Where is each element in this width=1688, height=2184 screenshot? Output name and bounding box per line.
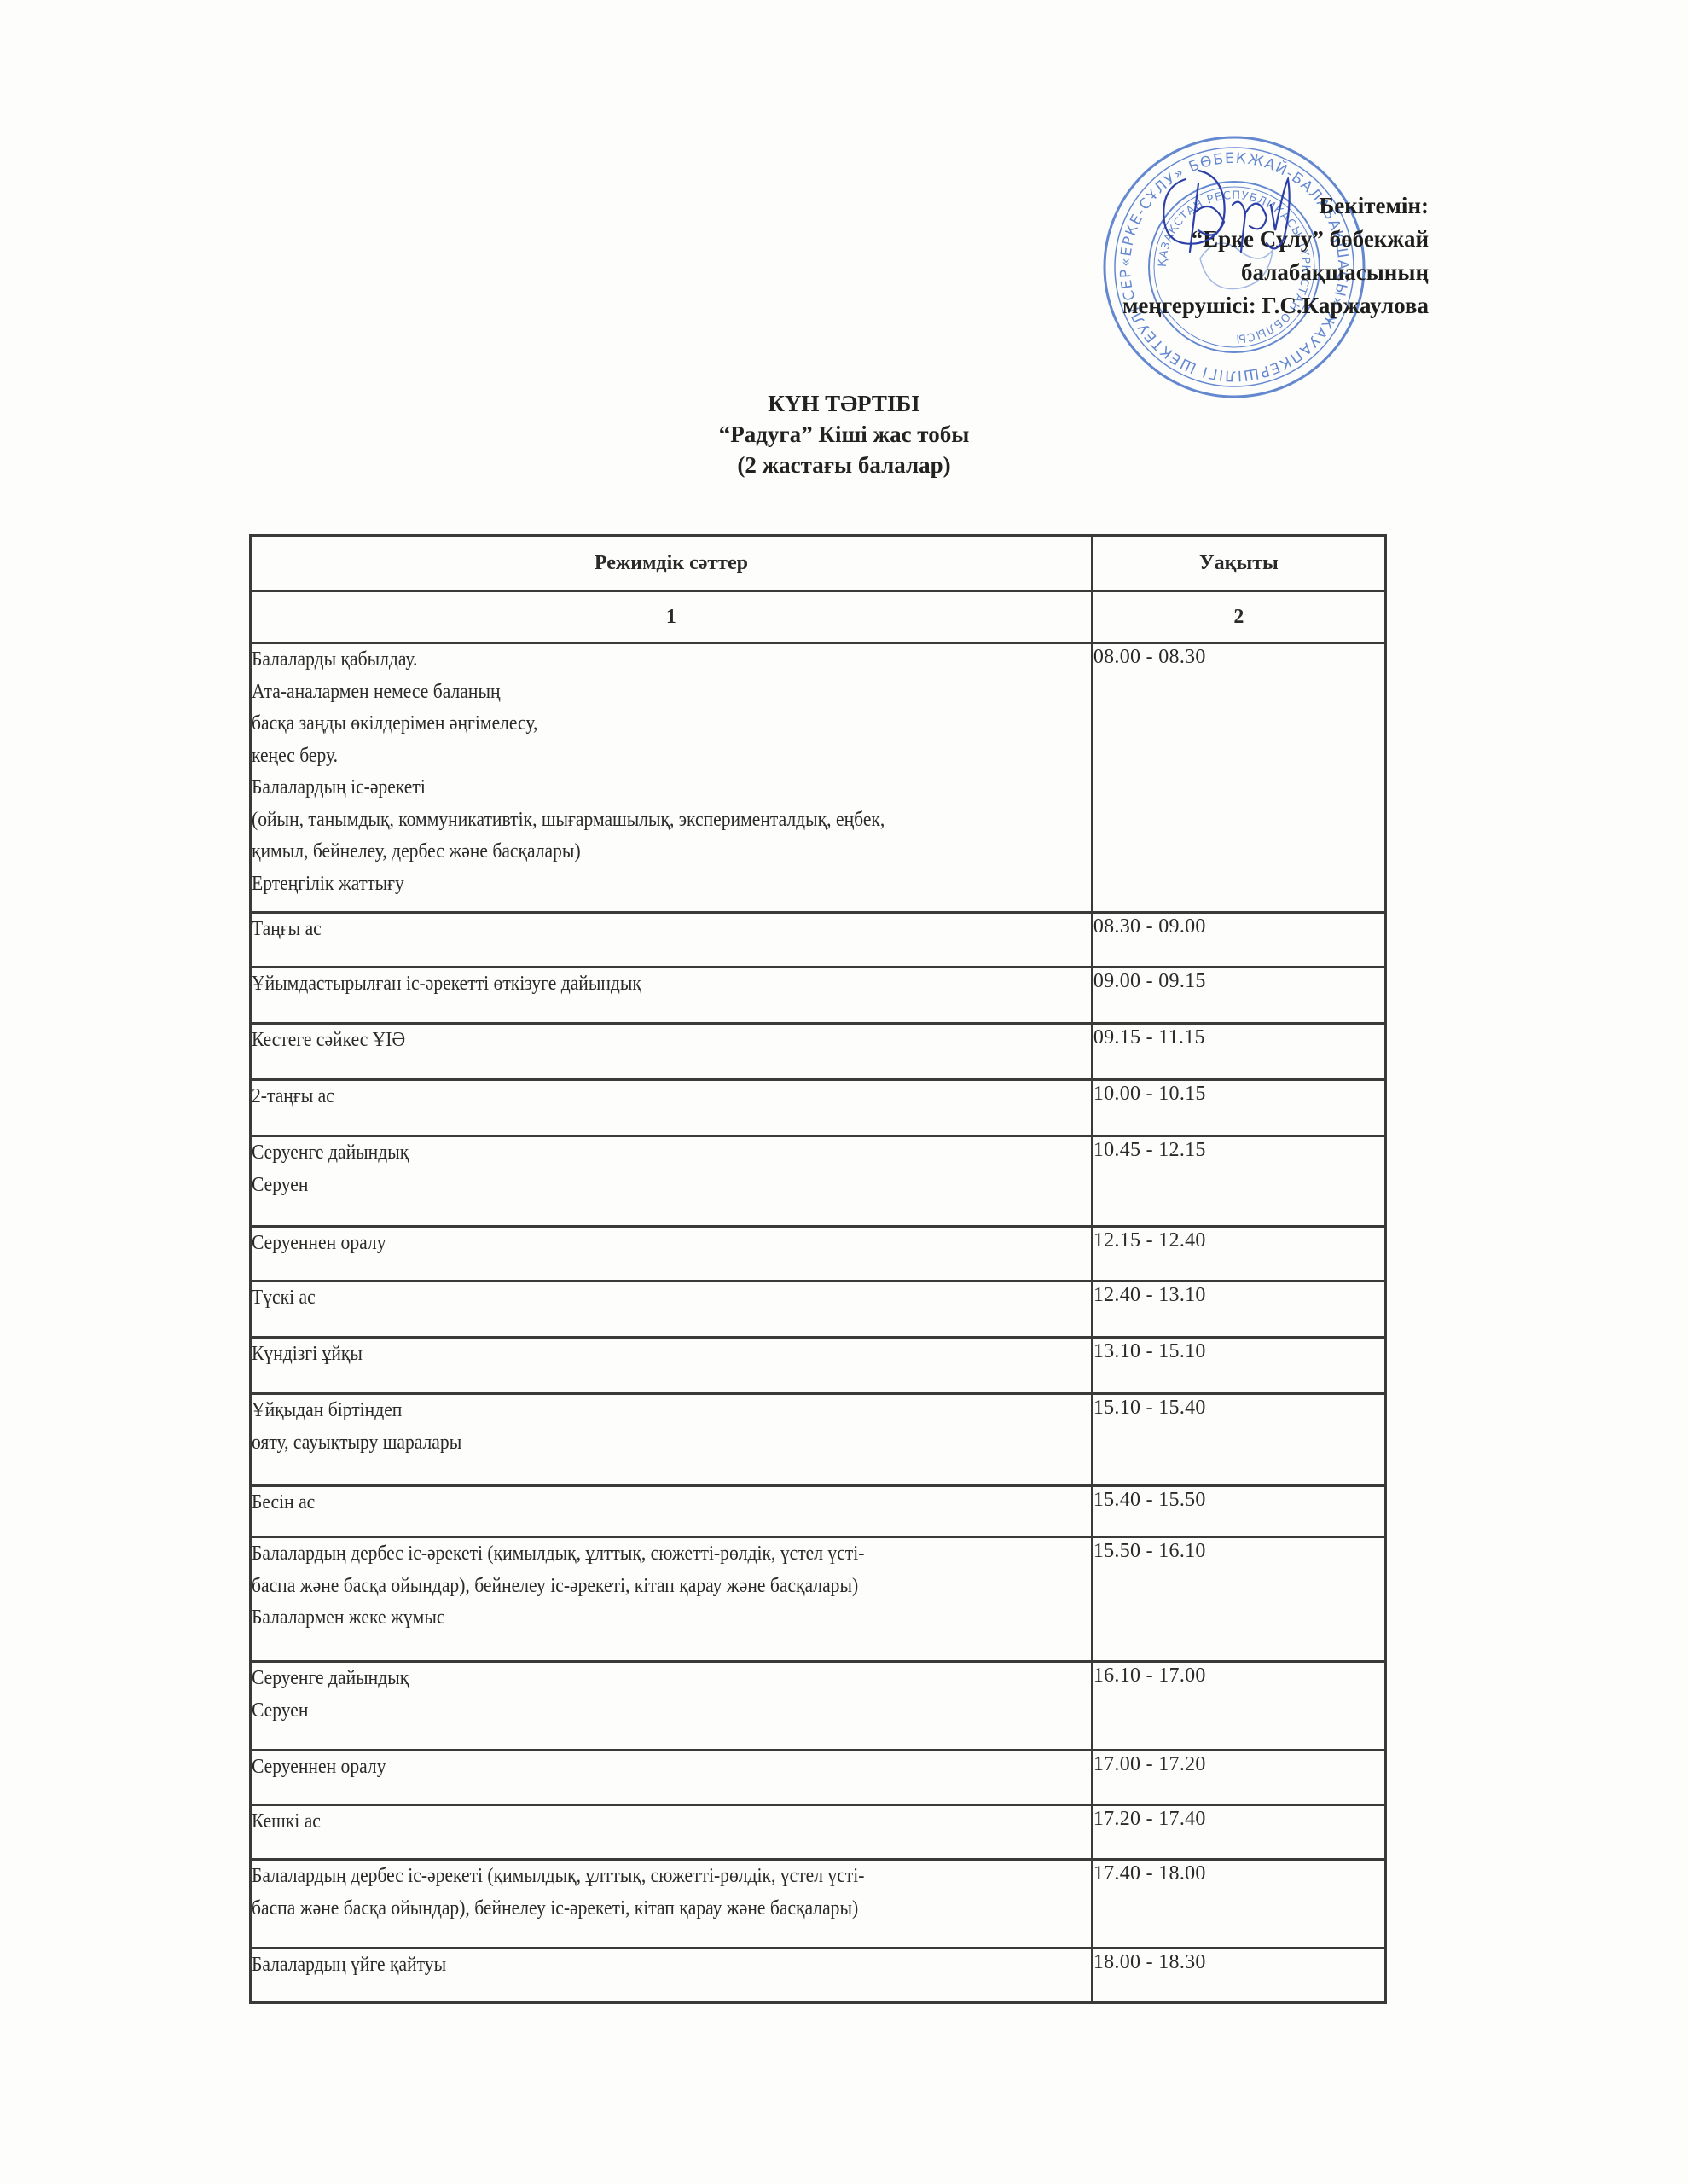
- activity-cell: Балаларды қабылдау.Ата-аналармен немесе …: [251, 643, 1093, 913]
- activity-line: Балалардың іс-әрекеті: [252, 772, 1006, 804]
- time-cell: 09.15 - 11.15: [1092, 1024, 1385, 1080]
- table-numbering-row: 1 2: [251, 591, 1386, 643]
- activity-cell: Серуеннен оралу: [251, 1751, 1093, 1805]
- activity-line: қимыл, бейнелеу, дербес және басқалары): [252, 836, 1006, 868]
- activity-cell: 2-таңғы ас: [251, 1080, 1093, 1136]
- time-cell: 18.00 - 18.30: [1092, 1949, 1385, 2003]
- title-age: (2 жастағы балалар): [0, 450, 1688, 480]
- time-cell: 08.00 - 08.30: [1092, 643, 1385, 913]
- activity-line: Серуен: [252, 1695, 1006, 1728]
- daily-schedule-table: Режимдік сәттер Уақыты 1 2 Балаларды қаб…: [249, 534, 1387, 2004]
- activity-cell: Таңғы ас: [251, 913, 1093, 967]
- table-row: Ұйқыдан біртіндепояту, сауықтыру шаралар…: [251, 1394, 1386, 1486]
- activity-line: Таңғы ас: [252, 914, 1006, 946]
- table-row: Балаларды қабылдау.Ата-аналармен немесе …: [251, 643, 1386, 913]
- document-title: КҮН ТӘРТІБІ “Радуга” Кіші жас тобы (2 жа…: [0, 388, 1688, 480]
- activity-line: басқа заңды өкілдерімен әңгімелесу,: [252, 708, 1006, 741]
- activity-line: Бесін ас: [252, 1487, 1006, 1519]
- table-row: Серуенге дайындықСеруен16.10 - 17.00: [251, 1662, 1386, 1751]
- activity-line: Ата-аналармен немесе баланың: [252, 677, 1006, 709]
- time-cell: 12.40 - 13.10: [1092, 1281, 1385, 1338]
- table-row: Серуеннен оралу12.15 - 12.40: [251, 1227, 1386, 1281]
- activity-cell: Кешкі ас: [251, 1805, 1093, 1860]
- activity-cell: Кестеге сәйкес ҰІӘ: [251, 1024, 1093, 1080]
- activity-cell: Бесін ас: [251, 1486, 1093, 1537]
- activity-line: Балалардың үйге қайтуы: [252, 1949, 1006, 1982]
- activity-line: Кешкі ас: [252, 1806, 1006, 1838]
- table-row: 2-таңғы ас10.00 - 10.15: [251, 1080, 1386, 1136]
- time-cell: 08.30 - 09.00: [1092, 913, 1385, 967]
- time-cell: 15.40 - 15.50: [1092, 1486, 1385, 1537]
- activity-line: Балалармен жеке жұмыс: [252, 1602, 1006, 1635]
- table-row: Балалардың дербес іс-әрекеті (қимылдық, …: [251, 1860, 1386, 1949]
- time-cell: 15.10 - 15.40: [1092, 1394, 1385, 1486]
- header-time: Уақыты: [1092, 536, 1385, 591]
- activity-cell: Түскі ас: [251, 1281, 1093, 1338]
- activity-line: 2-таңғы ас: [252, 1081, 1006, 1113]
- activity-line: Серуенге дайындық: [252, 1137, 1006, 1170]
- approval-head-name: меңгерушісі: Г.С.Каржаулова: [981, 289, 1429, 322]
- activity-line: Балалардың дербес іс-әрекеті (қимылдық, …: [252, 1861, 1006, 1893]
- activity-line: ояту, сауықтыру шаралары: [252, 1427, 1006, 1460]
- time-cell: 17.00 - 17.20: [1092, 1751, 1385, 1805]
- column-number-1: 1: [251, 591, 1093, 643]
- table-row: Балалардың дербес іс-әрекеті (қимылдық, …: [251, 1537, 1386, 1662]
- activity-line: Күндізгі ұйқы: [252, 1339, 1006, 1371]
- time-cell: 16.10 - 17.00: [1092, 1662, 1385, 1751]
- title-main: КҮН ТӘРТІБІ: [0, 388, 1688, 419]
- time-cell: 10.45 - 12.15: [1092, 1136, 1385, 1227]
- time-cell: 15.50 - 16.10: [1092, 1537, 1385, 1662]
- activity-line: кеңес беру.: [252, 741, 1006, 773]
- table-row: Ұйымдастырылған іс-әрекетті өткізуге дай…: [251, 967, 1386, 1024]
- activity-cell: Ұйымдастырылған іс-әрекетті өткізуге дай…: [251, 967, 1093, 1024]
- activity-line: Серуеннен оралу: [252, 1751, 1006, 1784]
- activity-line: Ұйқыдан біртіндеп: [252, 1395, 1006, 1427]
- activity-cell: Серуеннен оралу: [251, 1227, 1093, 1281]
- table-row: Күндізгі ұйқы13.10 - 15.10: [251, 1338, 1386, 1394]
- table-row: Бесін ас15.40 - 15.50: [251, 1486, 1386, 1537]
- activity-cell: Күндізгі ұйқы: [251, 1338, 1093, 1394]
- time-cell: 17.40 - 18.00: [1092, 1860, 1385, 1949]
- header-activity: Режимдік сәттер: [251, 536, 1093, 591]
- table-row: Серуеннен оралу17.00 - 17.20: [251, 1751, 1386, 1805]
- table-row: Таңғы ас08.30 - 09.00: [251, 913, 1386, 967]
- activity-cell: Балалардың дербес іс-әрекеті (қимылдық, …: [251, 1537, 1093, 1662]
- column-number-2: 2: [1092, 591, 1385, 643]
- activity-line: Кестеге сәйкес ҰІӘ: [252, 1025, 1006, 1057]
- time-cell: 13.10 - 15.10: [1092, 1338, 1385, 1394]
- time-cell: 12.15 - 12.40: [1092, 1227, 1385, 1281]
- signature-icon: [1151, 154, 1322, 273]
- activity-cell: Ұйқыдан біртіндепояту, сауықтыру шаралар…: [251, 1394, 1093, 1486]
- table-row: Кестеге сәйкес ҰІӘ09.15 - 11.15: [251, 1024, 1386, 1080]
- activity-line: (ойын, танымдық, коммуникативтік, шығарм…: [252, 804, 1006, 837]
- table-row: Серуенге дайындықСеруен10.45 - 12.15: [251, 1136, 1386, 1227]
- activity-line: Балалардың дербес іс-әрекеті (қимылдық, …: [252, 1538, 1006, 1571]
- time-cell: 10.00 - 10.15: [1092, 1080, 1385, 1136]
- activity-cell: Серуенге дайындықСеруен: [251, 1136, 1093, 1227]
- schedule-body: Балаларды қабылдау.Ата-аналармен немесе …: [251, 643, 1386, 2003]
- activity-line: баспа және басқа ойындар), бейнелеу іс-ә…: [252, 1571, 1006, 1603]
- activity-line: Түскі ас: [252, 1282, 1006, 1315]
- activity-line: Серуеннен оралу: [252, 1228, 1006, 1260]
- activity-line: Серуен: [252, 1170, 1006, 1202]
- table-row: Балалардың үйге қайтуы18.00 - 18.30: [251, 1949, 1386, 2003]
- table-header-row: Режимдік сәттер Уақыты: [251, 536, 1386, 591]
- table-row: Түскі ас12.40 - 13.10: [251, 1281, 1386, 1338]
- title-group: “Радуга” Кіші жас тобы: [0, 419, 1688, 450]
- time-cell: 17.20 - 17.40: [1092, 1805, 1385, 1860]
- activity-line: Ұйымдастырылған іс-әрекетті өткізуге дай…: [252, 968, 1006, 1001]
- time-cell: 09.00 - 09.15: [1092, 967, 1385, 1024]
- activity-cell: Балалардың дербес іс-әрекеті (қимылдық, …: [251, 1860, 1093, 1949]
- activity-cell: Серуенге дайындықСеруен: [251, 1662, 1093, 1751]
- activity-line: баспа және басқа ойындар), бейнелеу іс-ә…: [252, 1893, 1006, 1926]
- activity-cell: Балалардың үйге қайтуы: [251, 1949, 1093, 2003]
- table-row: Кешкі ас17.20 - 17.40: [251, 1805, 1386, 1860]
- activity-line: Ертеңгілік жаттығу: [252, 868, 1006, 901]
- activity-line: Серуенге дайындық: [252, 1663, 1006, 1695]
- activity-line: Балаларды қабылдау.: [252, 644, 1006, 677]
